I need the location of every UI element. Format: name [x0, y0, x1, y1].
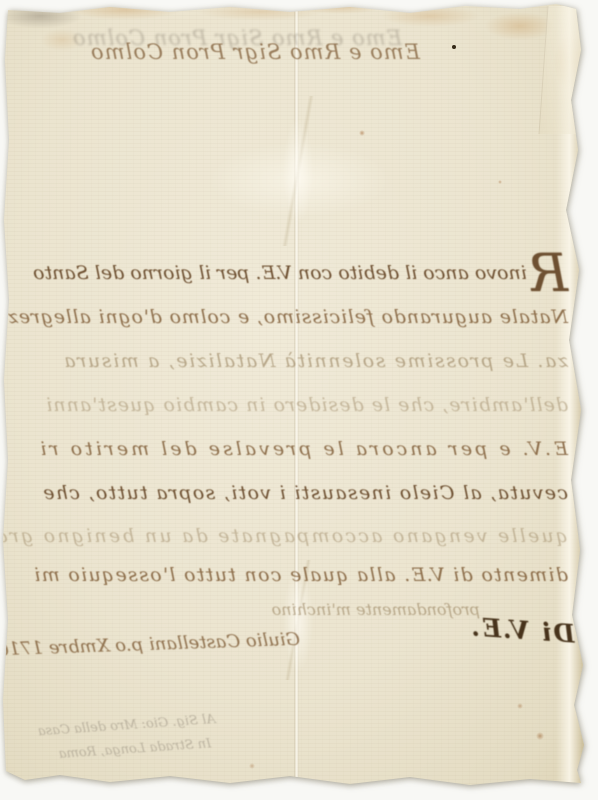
- address-block: Al Sig. Gio: Mro della Casa In Strada Lo…: [37, 712, 217, 763]
- address-line-2: In Strada Longa, Roma: [39, 736, 212, 763]
- body-line-7: quelle vengano accompagnate da un benign…: [0, 525, 568, 547]
- salutation-line: Emo e Rmo Sigr Pron Colmo: [90, 40, 420, 64]
- monogram-flourish: Di V.E.: [469, 612, 576, 648]
- mirrored-ink-layer: Emo e Rmo Sigr Pron Colmo Emo e Rmo Sigr…: [0, 0, 598, 800]
- paper-sheet: Emo e Rmo Sigr Pron Colmo Emo e Rmo Sigr…: [0, 0, 598, 800]
- body-line-4: dell'ambire, che le desidero in cambio q…: [45, 394, 568, 416]
- address-line-1: Al Sig. Gio: Mro della Casa: [37, 712, 216, 739]
- body-line-3: za. Le prossime solennità Natalizie, a m…: [63, 350, 568, 372]
- body-line-2: Natale augurando felicissimo, e colmo d'…: [7, 306, 568, 328]
- body-line-8: dimento di V.E. alla quale con tutto l'o…: [33, 564, 568, 586]
- body-line-5: E.V. e per ancora le prevalse del merito…: [37, 438, 568, 460]
- body-line-1-text: inovo anco il debito con V.E. per il gio…: [33, 262, 527, 284]
- paper-shadow-wrap: Emo e Rmo Sigr Pron Colmo Emo e Rmo Sigr…: [0, 0, 598, 800]
- body-line-6: cevuta, al Cielo inesausti i voti, sopra…: [42, 482, 568, 504]
- illuminated-initial: R: [529, 244, 568, 304]
- scan-canvas: Emo e Rmo Sigr Pron Colmo Emo e Rmo Sigr…: [0, 0, 598, 800]
- signature-line: Giulio Castellani p.o Xmbre 1716: [0, 629, 300, 661]
- body-line-1: Rinovo anco il debito con V.E. per il gi…: [33, 262, 568, 284]
- closing-line: profondamente m'inchino: [272, 600, 480, 619]
